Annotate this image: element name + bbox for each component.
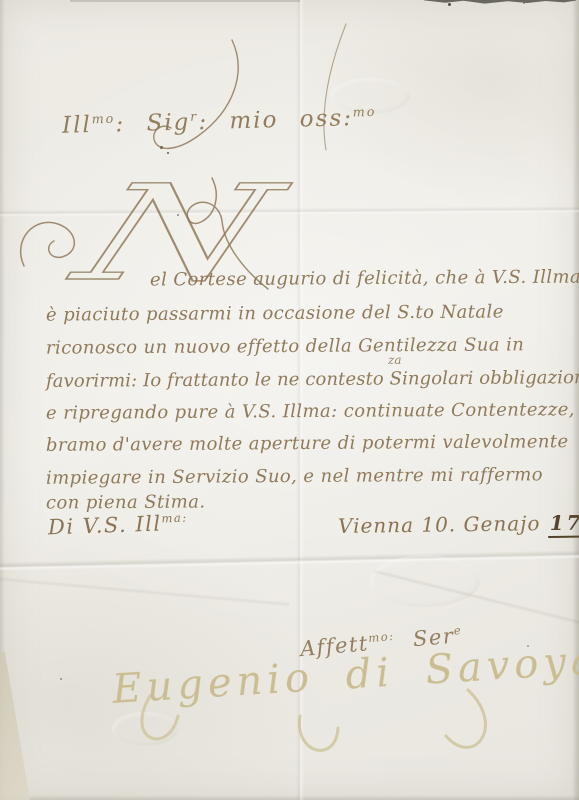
wrinkle-crease-diagonal-left bbox=[0, 574, 290, 607]
signature-descender-loop bbox=[299, 716, 338, 750]
paper-top-edge-soft bbox=[70, 0, 300, 2]
ink-speck bbox=[448, 3, 451, 6]
salutation-superscript: mo bbox=[353, 104, 377, 120]
salutation-part: : Sig bbox=[115, 109, 191, 137]
salutation-line: Illmo: Sigr: mio oss:mo bbox=[62, 104, 377, 139]
body-line-4: favorirmi: Io frattanto le ne contesto S… bbox=[46, 367, 579, 392]
paper-emboss-mark bbox=[370, 555, 480, 607]
paper-top-edge-dark bbox=[424, 0, 576, 4]
salutation-part: Ill bbox=[62, 112, 92, 139]
fold-crease-horizontal-upper bbox=[0, 206, 579, 217]
dateline: Vienna 10. Genajo 1735 bbox=[338, 510, 579, 538]
ink-speck bbox=[160, 146, 163, 149]
body-line-1: el Cortese augurio di felicità, che à V.… bbox=[150, 266, 579, 290]
body-line-2: è piaciuto passarmi in occasione del S.t… bbox=[46, 301, 504, 325]
paper-bottom-edge-shadow bbox=[0, 795, 579, 800]
letter-scan: Illmo: Sigr: mio oss:mo N el Cortese aug… bbox=[0, 0, 579, 800]
inline-correction: za bbox=[388, 353, 401, 367]
body-line-7: impiegare in Servizio Suo, e nel mentre … bbox=[46, 464, 543, 488]
ink-speck bbox=[523, 2, 525, 4]
ink-speck bbox=[167, 152, 169, 154]
paper-corner-wedge bbox=[0, 652, 30, 800]
valediction-superscript: e bbox=[453, 623, 463, 638]
body-line-3: riconosco un nuovo effetto della Gentile… bbox=[46, 334, 524, 358]
salutation-part: : mio oss: bbox=[198, 105, 353, 135]
closing-part: Di V.S. Ill bbox=[48, 511, 162, 539]
fold-crease-horizontal-lower bbox=[0, 550, 579, 571]
place-and-date: Vienna 10. Genajo bbox=[338, 511, 541, 538]
body-line-5: e ripregando pure à V.S. Illma: continua… bbox=[46, 399, 575, 424]
salutation-superscript: mo bbox=[92, 111, 116, 127]
paper-emboss-mark bbox=[112, 712, 178, 746]
body-line-6: bramo d'avere molte aperture di potermi … bbox=[46, 431, 569, 456]
signature-tail-flourish bbox=[446, 690, 485, 747]
valediction-superscript: mo: bbox=[368, 629, 395, 645]
year: 1735 bbox=[548, 510, 579, 538]
closing-superscript: ma: bbox=[161, 511, 188, 526]
n-initial-spiral-left bbox=[21, 222, 75, 266]
ink-speck bbox=[60, 678, 62, 680]
closing-address: Di V.S. Illma: bbox=[48, 511, 189, 540]
wrinkle-crease-diagonal-right bbox=[373, 569, 579, 637]
